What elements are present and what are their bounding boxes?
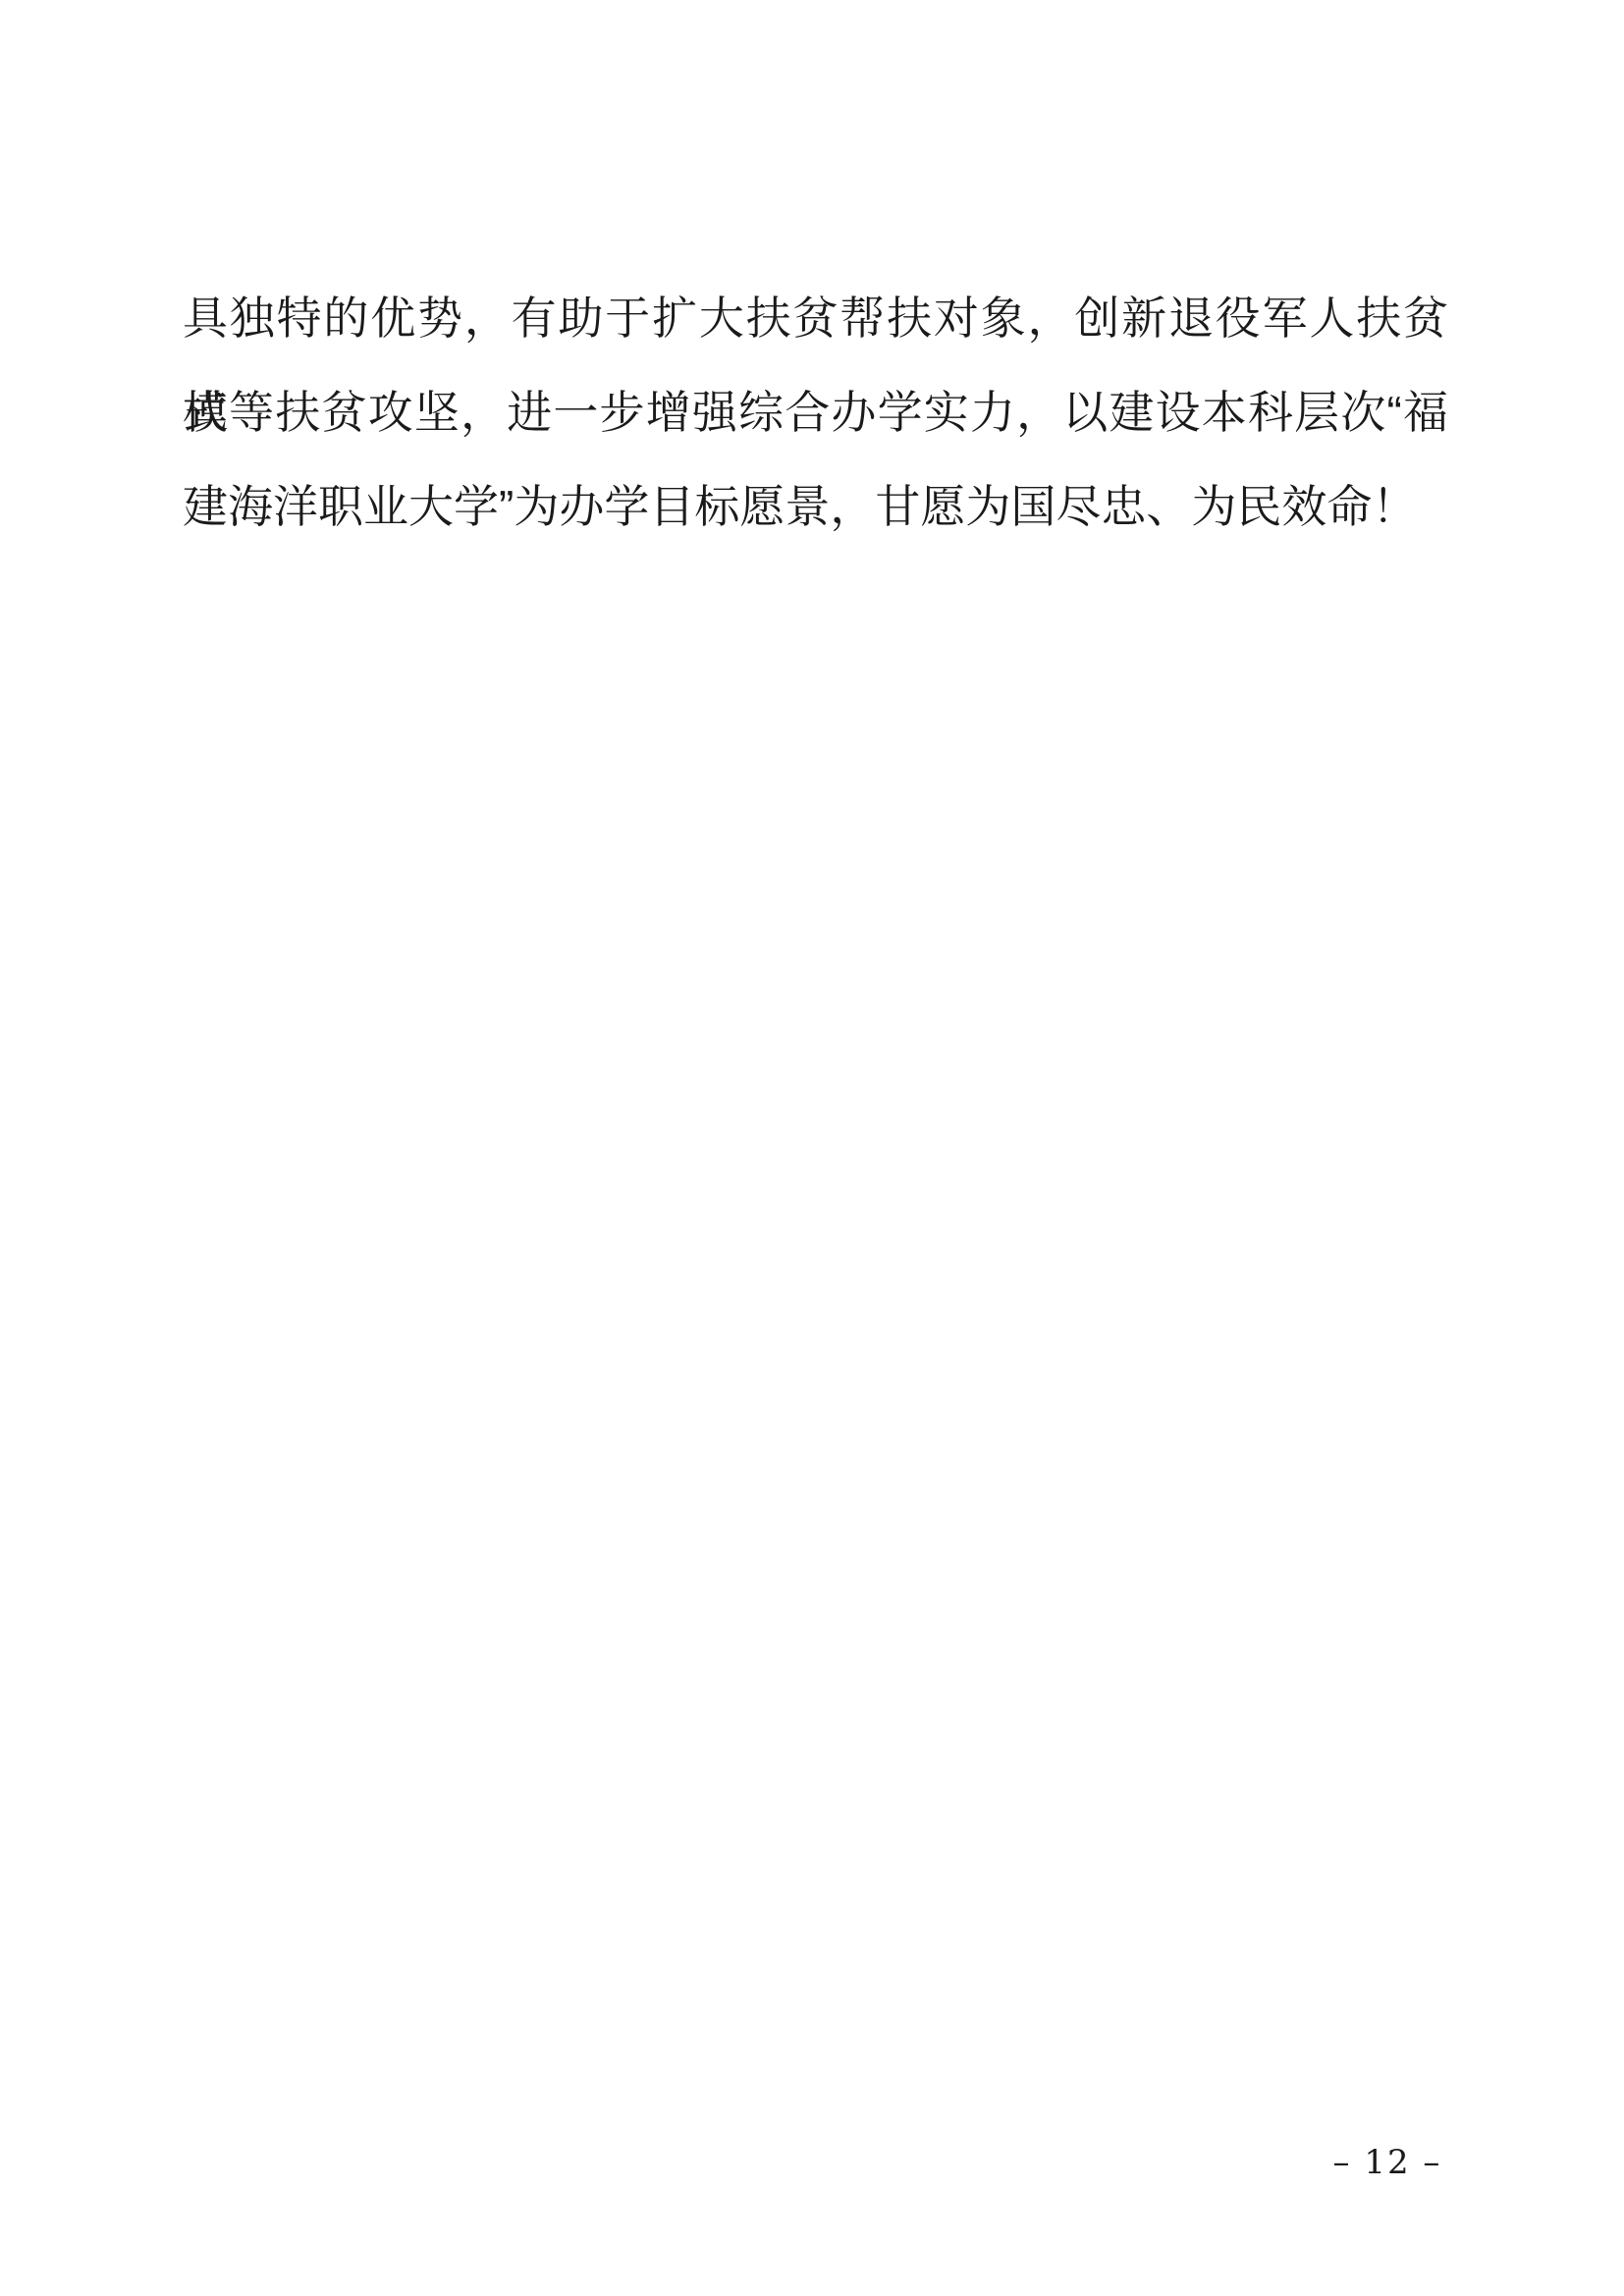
body-text-line-1: 具独特的优势，有助于扩大扶贫帮扶对象，创新退役军人扶贫模 xyxy=(183,271,1449,365)
document-page: 具独特的优势，有助于扩大扶贫帮扶对象，创新退役军人扶贫模 式等扶贫攻坚，进一步增… xyxy=(0,0,1624,2296)
page-number: – 12 – xyxy=(1314,2143,1461,2182)
body-text-block: 具独特的优势，有助于扩大扶贫帮扶对象，创新退役军人扶贫模 式等扶贫攻坚，进一步增… xyxy=(183,271,1449,554)
body-text-line-3: 建海洋职业大学”为办学目标愿景，甘愿为国尽忠、为民效命！ xyxy=(183,459,1449,554)
body-text-line-2: 式等扶贫攻坚，进一步增强综合办学实力，以建设本科层次“福 xyxy=(183,365,1449,459)
